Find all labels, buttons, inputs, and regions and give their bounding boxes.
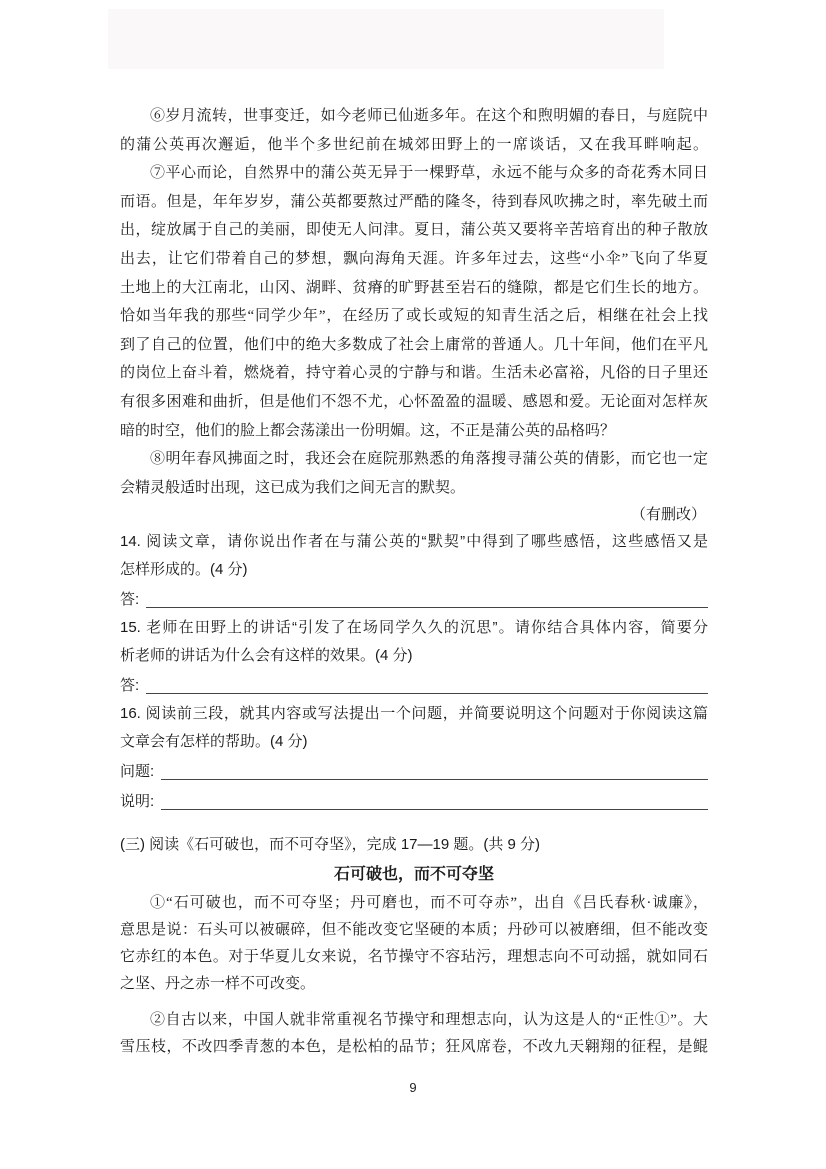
essay-title: 石可破也，而不可夺坚: [120, 860, 708, 890]
passage-line: ⑧明年春风拂面之时，我还会在庭院那熟悉的角落搜寻蒲公英的倩影，而它也一定: [120, 445, 708, 474]
passage-line: 到了自己的位置，他们中的绝大多数成了社会上庸常的普通人。几十年间，他们在平凡: [120, 331, 708, 360]
answer-label: 问题:: [120, 758, 154, 786]
essay-line: ②自古以来，中国人就非常重视名节操守和理想志向，认为这是人的“正性①”。大: [120, 1007, 708, 1034]
passage-paragraph-6: ⑥岁月流转，世事变迁，如今老师已仙逝多年。在这个和煦明媚的春日，与庭院中 的蒲公…: [120, 102, 708, 159]
passage-line: 出去，让它们带着自己的梦想，飘向海角天涯。许多年过去，这些“小伞”飞向了华夏: [120, 245, 708, 274]
answer-blank-line: [146, 607, 708, 608]
question-line: 16. 阅读前三段，就其内容或写法提出一个问题，并简要说明这个问题对于你阅读这篇: [120, 700, 708, 728]
question-16: 16. 阅读前三段，就其内容或写法提出一个问题，并简要说明这个问题对于你阅读这篇…: [120, 700, 708, 816]
header-placeholder: [108, 9, 664, 69]
section-heading: (三) 阅读《石可破也，而不可夺坚》，完成 17—19 题。(共 9 分): [120, 830, 708, 860]
essay-line: 它赤红的本色。对于华夏儿女来说，名节操守不容玷污，理想志向不可动摇，就如同石: [120, 944, 708, 971]
passage-paragraph-8: ⑧明年春风拂面之时，我还会在庭院那熟悉的角落搜寻蒲公英的倩影，而它也一定 会精灵…: [120, 445, 708, 502]
answer-row: 说明:: [120, 786, 708, 816]
passage-line: 的岗位上奋斗着，燃烧着，持守着心灵的宁静与和谐。生活未必富裕，凡俗的日子里还: [120, 359, 708, 388]
answer-row: 问题:: [120, 756, 708, 786]
essay-paragraph-1: ①“石可破也，而不可夺坚；丹可磨也，而不可夺赤”，出自《吕氏春秋·诚廉》， 意思…: [120, 890, 708, 998]
essay-line: 之坚、丹之赤一样不可改变。: [120, 971, 708, 998]
passage-line: 有很多困难和曲折，但是他们不怨不尤，心怀盈盈的温暖、感恩和爱。无论面对怎样灰: [120, 388, 708, 417]
question-line: 析老师的讲话为什么会有这样的效果。(4 分): [120, 642, 708, 670]
passage-line: 土地上的大江南北，山冈、湖畔、贫瘠的旷野甚至岩石的缝隙，都是它们生长的地方。: [120, 274, 708, 303]
page-number: 9: [0, 1080, 826, 1095]
section-three: (三) 阅读《石可破也，而不可夺坚》，完成 17—19 题。(共 9 分) 石可…: [120, 830, 708, 1061]
passage-line: 的蒲公英再次邂逅，他半个多世纪前在城郊田野上的一席谈话，又在我耳畔响起。: [120, 131, 708, 160]
passage-paragraph-7: ⑦平心而论，自然界中的蒲公英无异于一棵野草，永远不能与众多的奇花秀木同日 而语。…: [120, 159, 708, 445]
passage-line: 出，绽放属于自己的美丽，即使无人问津。夏日，蒲公英又要将辛苦培育出的种子散放: [120, 216, 708, 245]
page-content: ⑥岁月流转，世事变迁，如今老师已仙逝多年。在这个和煦明媚的春日，与庭院中 的蒲公…: [120, 102, 708, 1061]
question-line: 14. 阅读文章，请你说出作者在与蒲公英的“默契”中得到了哪些感悟，这些感悟又是: [120, 528, 708, 556]
question-list: 14. 阅读文章，请你说出作者在与蒲公英的“默契”中得到了哪些感悟，这些感悟又是…: [120, 528, 708, 816]
answer-blank-line: [161, 779, 708, 780]
attribution-note: （有删改）: [120, 502, 708, 528]
passage-line: ⑦平心而论，自然界中的蒲公英无异于一棵野草，永远不能与众多的奇花秀木同日: [120, 159, 708, 188]
answer-blank-line: [146, 693, 708, 694]
answer-label: 说明:: [120, 788, 154, 816]
passage-line: 会精灵般适时出现，这已成为我们之间无言的默契。: [120, 474, 708, 503]
answer-label: 答:: [120, 672, 139, 700]
question-14: 14. 阅读文章，请你说出作者在与蒲公英的“默契”中得到了哪些感悟，这些感悟又是…: [120, 528, 708, 614]
essay-line: 意思是说：石头可以被碾碎，但不能改变它坚硬的本质；丹砂可以被磨细，但不能改变: [120, 917, 708, 944]
passage-line: 暗的时空，他们的脸上都会荡漾出一份明媚。这，不正是蒲公英的品格吗？: [120, 417, 708, 446]
question-15: 15. 老师在田野上的讲话“引发了在场同学久久的沉思”。请你结合具体内容，简要分…: [120, 614, 708, 700]
answer-row: 答:: [120, 584, 708, 614]
passage-line: 恰如当年我的那些“同学少年”，在经历了或长或短的知青生活之后，相继在社会上找: [120, 302, 708, 331]
answer-label: 答:: [120, 586, 139, 614]
answer-row: 答:: [120, 670, 708, 700]
essay-paragraph-2: ②自古以来，中国人就非常重视名节操守和理想志向，认为这是人的“正性①”。大 雪压…: [120, 1007, 708, 1061]
question-line: 怎样形成的。(4 分): [120, 556, 708, 584]
passage-line: 而语。但是，年年岁岁，蒲公英都要熬过严酷的隆冬，待到春风吹拂之时，率先破土而: [120, 188, 708, 217]
question-line: 15. 老师在田野上的讲话“引发了在场同学久久的沉思”。请你结合具体内容，简要分: [120, 614, 708, 642]
essay-line: 雪压枝，不改四季青葱的本色，是松柏的品节；狂风席卷，不改九天翱翔的征程，是鲲: [120, 1034, 708, 1061]
essay-line: ①“石可破也，而不可夺坚；丹可磨也，而不可夺赤”，出自《吕氏春秋·诚廉》，: [120, 890, 708, 917]
question-line: 文章会有怎样的帮助。(4 分): [120, 728, 708, 756]
answer-blank-line: [161, 809, 708, 810]
reading-passage-dandelion: ⑥岁月流转，世事变迁，如今老师已仙逝多年。在这个和煦明媚的春日，与庭院中 的蒲公…: [120, 102, 708, 528]
passage-line: ⑥岁月流转，世事变迁，如今老师已仙逝多年。在这个和煦明媚的春日，与庭院中: [120, 102, 708, 131]
